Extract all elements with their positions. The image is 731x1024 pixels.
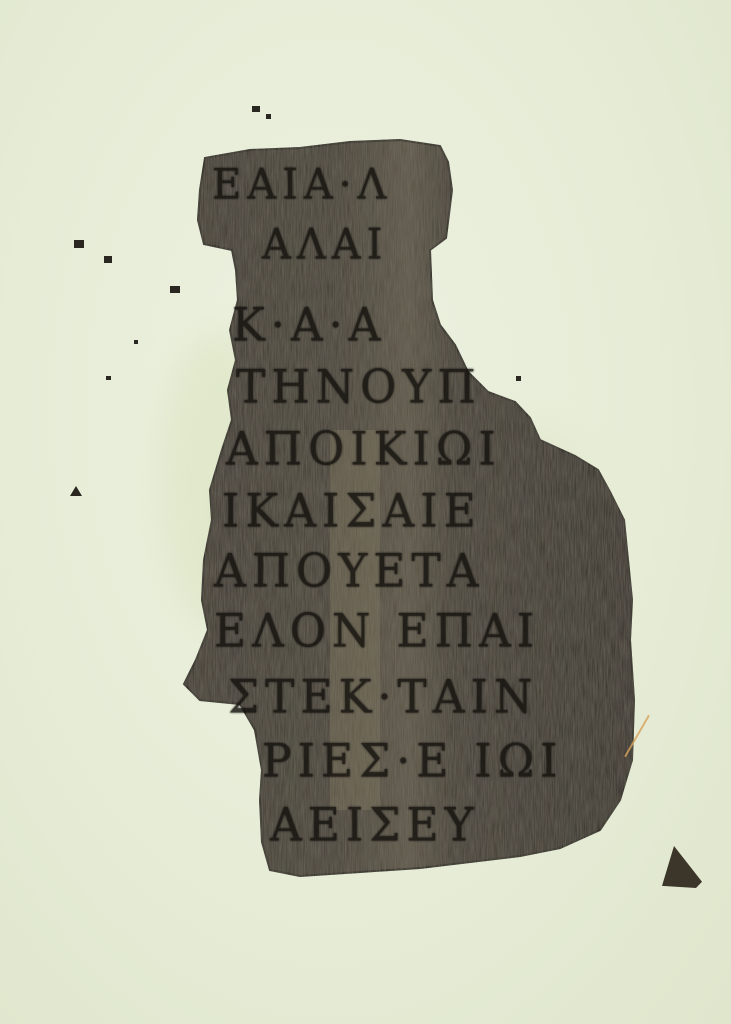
papyrus-crumb xyxy=(106,376,111,380)
papyrus-crumb xyxy=(266,114,271,119)
papyrus-fragment xyxy=(0,0,731,1024)
papyrus-crumb xyxy=(74,240,84,248)
papyrus-crumb xyxy=(516,376,521,381)
papyrus-crumb xyxy=(170,286,180,293)
papyrus-crumb xyxy=(252,106,260,112)
papyrus-crumb xyxy=(104,256,112,263)
papyrus-crumb xyxy=(134,340,138,344)
